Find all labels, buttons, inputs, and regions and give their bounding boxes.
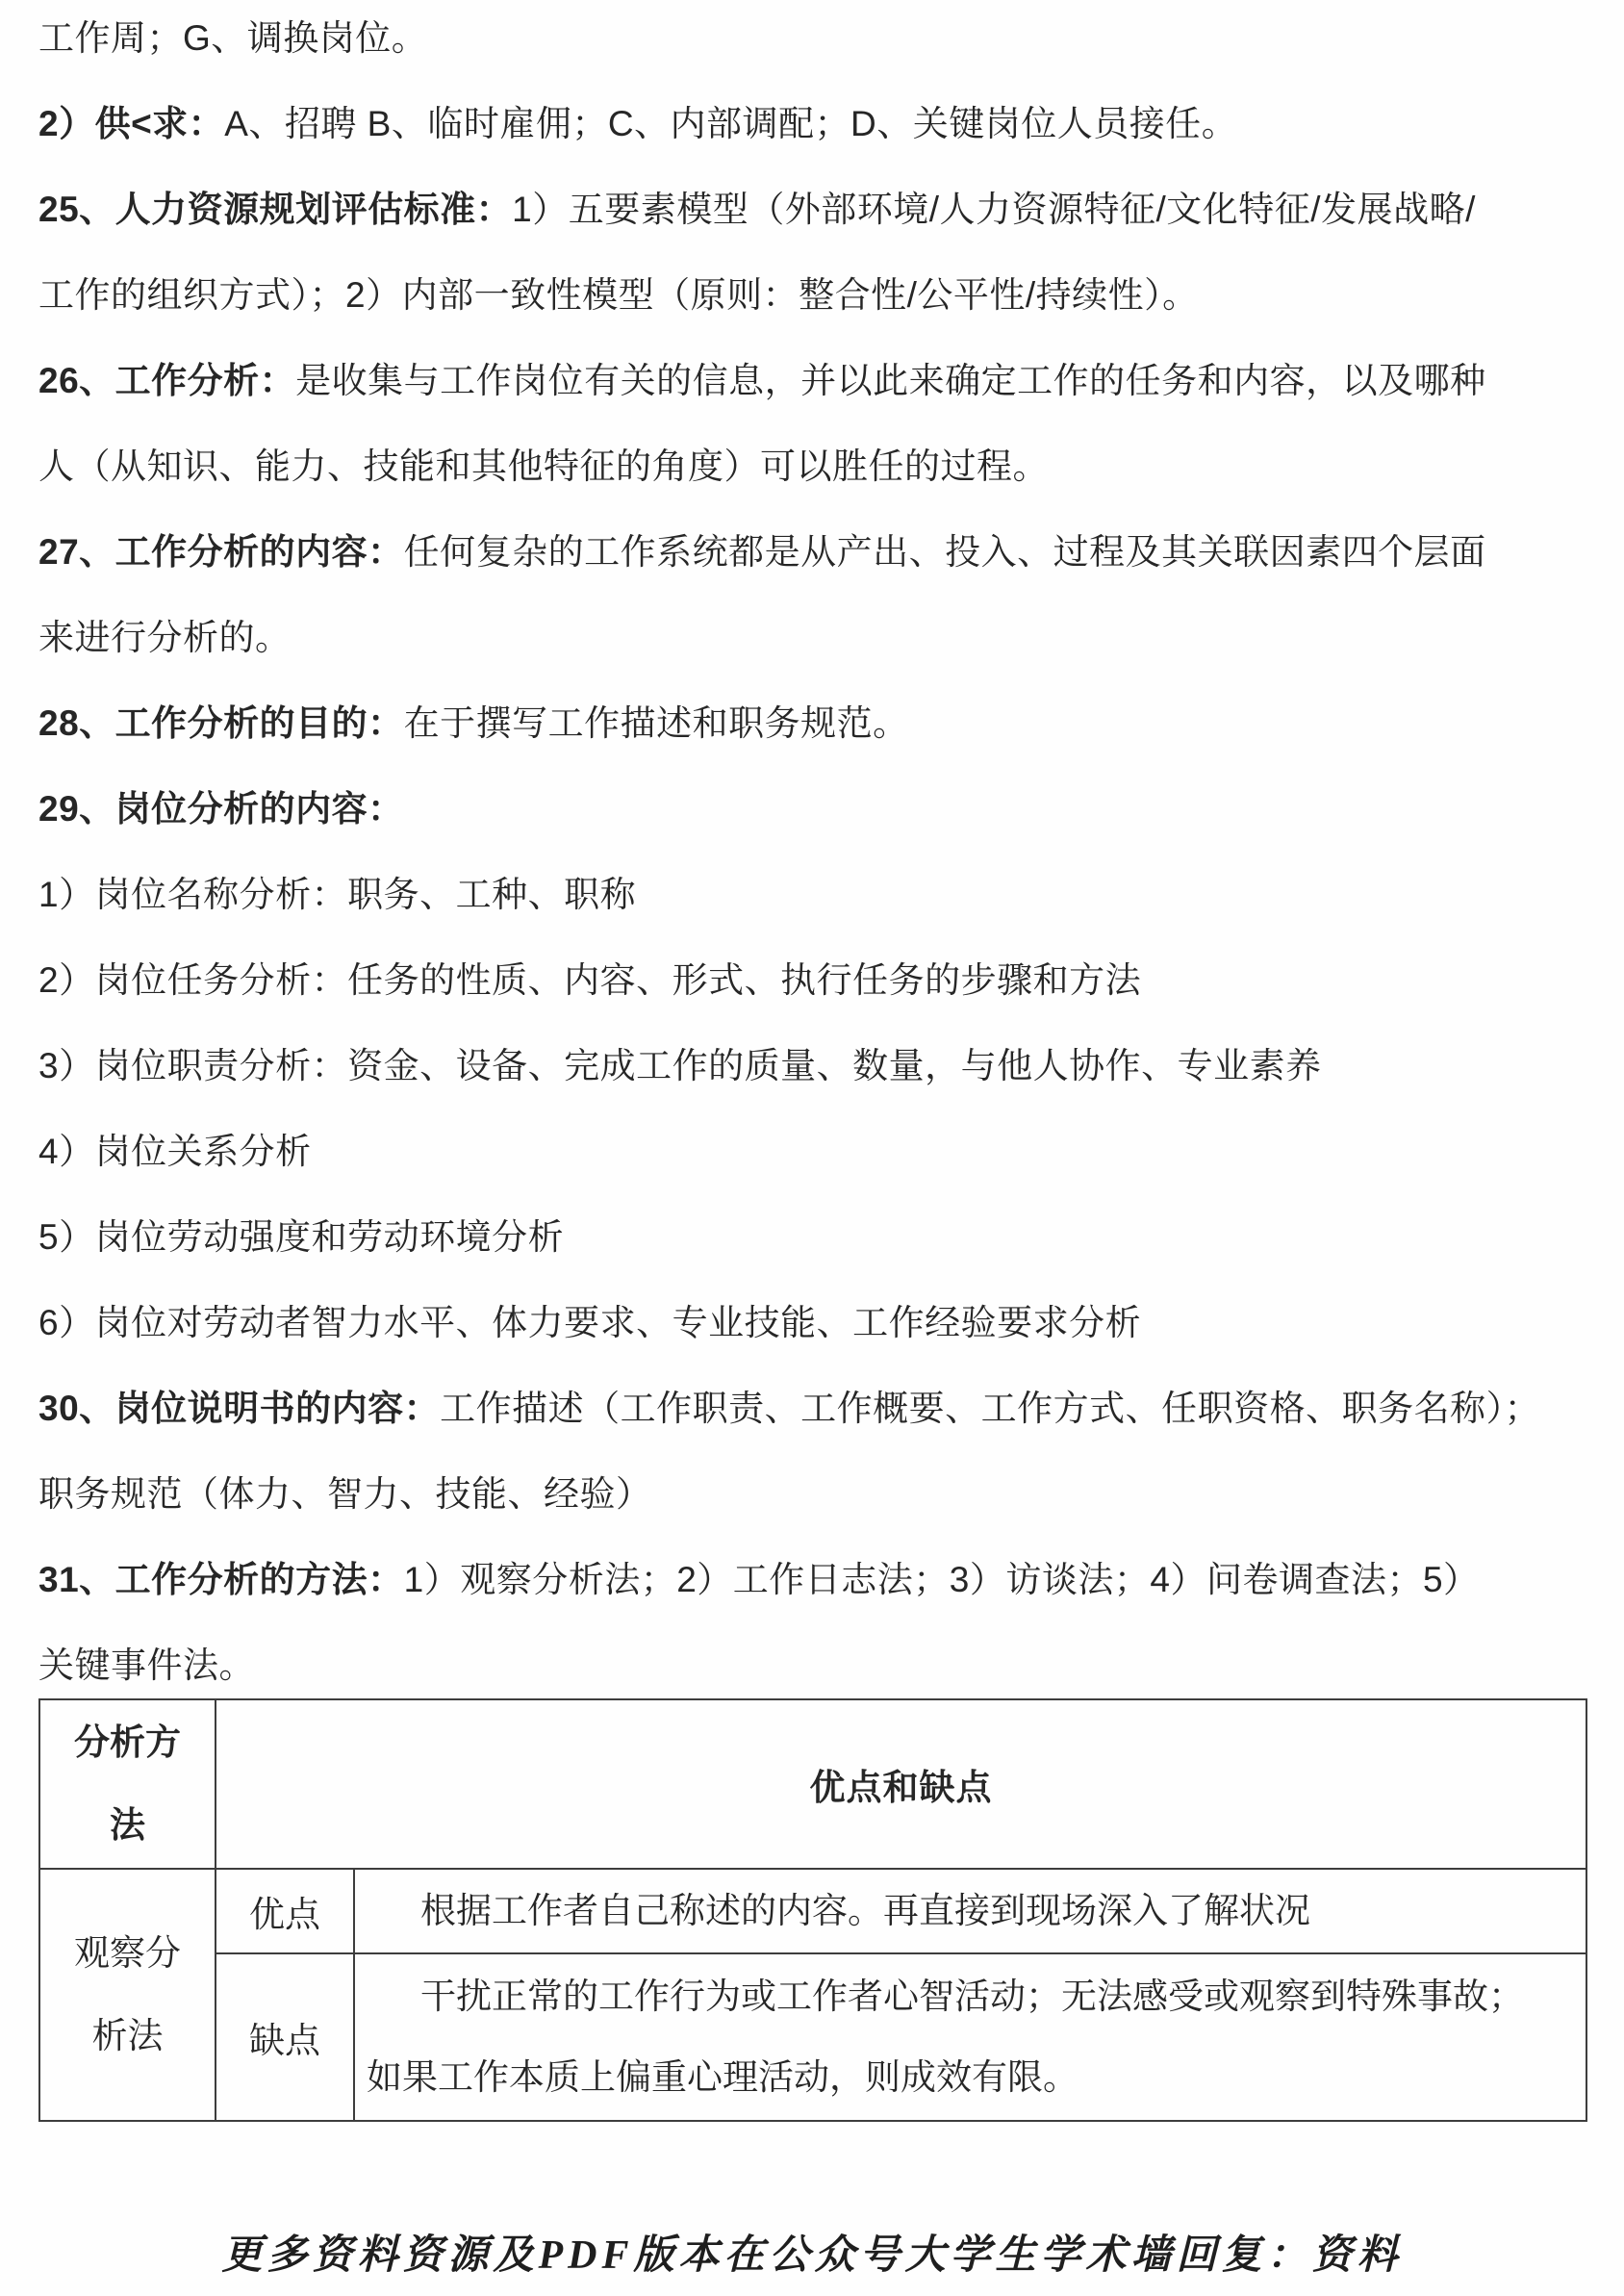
line-bold-prefix: 30、岗位说明书的内容：	[38, 1389, 440, 1428]
text-line: 31、工作分析的方法：1）观察分析法；2）工作日志法；3）访谈法；4）问卷调查法…	[38, 1537, 1605, 1622]
text-line: 26、工作分析：是收集与工作岗位有关的信息，并以此来确定工作的任务和内容，以及哪…	[38, 338, 1605, 423]
text-line: 关键事件法。	[38, 1622, 1605, 1708]
text-line: 2）供<求：A、招聘 B、临时雇佣；C、内部调配；D、关键岗位人员接任。	[38, 81, 1605, 166]
cons-label: 缺点	[249, 2021, 320, 2060]
line-text: 2）岗位任务分析：任务的性质、内容、形式、执行任务的步骤和方法	[38, 960, 1141, 1000]
line-text: 在于撰写工作描述和职务规范。	[404, 703, 909, 743]
line-bold-prefix: 25、人力资源规划评估标准：	[38, 190, 512, 229]
line-bold-prefix: 29、岗位分析的内容：	[38, 789, 404, 829]
text-line: 4）岗位关系分析	[38, 1109, 1605, 1194]
cons-text-line1: 干扰正常的工作行为或工作者心智活动；无法感受或观察到特殊事故；	[367, 1956, 1586, 2037]
text-line: 6）岗位对劳动者智力水平、体力要求、专业技能、工作经验要求分析	[38, 1280, 1605, 1365]
line-text: 3）岗位职责分析：资金、设备、完成工作的质量、数量，与他人协作、专业素养	[38, 1046, 1322, 1085]
table-cell-cons-label: 缺点	[216, 1953, 354, 2121]
footer-note: 更多资料资源及PDF版本在公众号大学生学术墙回复：资料	[0, 2221, 1624, 2290]
table-header-cell-pros-cons: 优点和缺点	[216, 1699, 1586, 1869]
text-line: 1）岗位名称分析：职务、工种、职称	[38, 852, 1605, 937]
line-bold-prefix: 26、工作分析：	[38, 361, 295, 400]
text-line: 5）岗位劳动强度和劳动环境分析	[38, 1194, 1605, 1280]
document-page: 工作周；G、调换岗位。 2）供<求：A、招聘 B、临时雇佣；C、内部调配；D、关…	[0, 0, 1624, 2296]
text-line: 职务规范（体力、智力、技能、经验）	[38, 1451, 1605, 1537]
line-text: 是收集与工作岗位有关的信息，并以此来确定工作的任务和内容，以及哪种	[295, 361, 1486, 400]
line-text: 关键事件法。	[38, 1645, 255, 1685]
text-line: 27、工作分析的内容：任何复杂的工作系统都是从产出、投入、过程及其关联因素四个层…	[38, 509, 1605, 595]
line-text: 职务规范（体力、智力、技能、经验）	[38, 1474, 652, 1514]
line-text: 人（从知识、能力、技能和其他特征的角度）可以胜任的过程。	[38, 446, 1049, 486]
text-line: 3）岗位职责分析：资金、设备、完成工作的质量、数量，与他人协作、专业素养	[38, 1023, 1605, 1109]
text-line: 工作的组织方式）；2）内部一致性模型（原则：整合性/公平性/持续性）。	[38, 252, 1605, 338]
analysis-methods-table: 分析方法 优点和缺点 观察分析法 优点 根据工作者自己称述的内容。再直接到现场深…	[38, 1698, 1587, 2122]
line-bold-prefix: 27、工作分析的内容：	[38, 532, 404, 572]
line-text: A、招聘 B、临时雇佣；C、内部调配；D、关键岗位人员接任。	[224, 104, 1237, 143]
line-text: 5）岗位劳动强度和劳动环境分析	[38, 1217, 564, 1257]
cons-text-line2: 如果工作本质上偏重心理活动，则成效有限。	[367, 2037, 1586, 2118]
pros-label: 优点	[249, 1895, 320, 1934]
table-cell-pros-text: 根据工作者自己称述的内容。再直接到现场深入了解状况	[354, 1869, 1586, 1953]
line-text: 1）岗位名称分析：职务、工种、职称	[38, 875, 636, 914]
method-name-label: 观察分析法	[68, 1912, 188, 2078]
text-line: 人（从知识、能力、技能和其他特征的角度）可以胜任的过程。	[38, 423, 1605, 509]
table-header-cell-method: 分析方法	[39, 1699, 216, 1869]
line-text: 4）岗位关系分析	[38, 1132, 312, 1171]
text-line: 工作周；G、调换岗位。	[38, 0, 1605, 81]
text-line: 29、岗位分析的内容：	[38, 766, 1605, 852]
line-bold-prefix: 28、工作分析的目的：	[38, 703, 404, 743]
text-line: 28、工作分析的目的：在于撰写工作描述和职务规范。	[38, 680, 1605, 766]
line-text: 1）观察分析法；2）工作日志法；3）访谈法；4）问卷调查法；5）	[404, 1560, 1480, 1599]
line-text: 任何复杂的工作系统都是从产出、投入、过程及其关联因素四个层面	[404, 532, 1486, 572]
line-text: 工作的组织方式）；2）内部一致性模型（原则：整合性/公平性/持续性）。	[38, 275, 1199, 315]
line-text: 来进行分析的。	[38, 618, 292, 657]
table-header-row: 分析方法 优点和缺点	[39, 1699, 1586, 1869]
table-header-pros-cons-label: 优点和缺点	[810, 1768, 993, 1807]
cons-text: 干扰正常的工作行为或工作者心智活动；无法感受或观察到特殊事故； 如果工作本质上偏…	[355, 1956, 1586, 2118]
footer-text: 更多资料资源及PDF版本在公众号大学生学术墙回复：资料	[221, 2233, 1402, 2278]
table-cell-method-name: 观察分析法	[39, 1869, 216, 2121]
text-line: 25、人力资源规划评估标准：1）五要素模型（外部环境/人力资源特征/文化特征/发…	[38, 166, 1605, 252]
line-text: 1）五要素模型（外部环境/人力资源特征/文化特征/发展战略/	[512, 190, 1476, 229]
line-text: 工作周；G、调换岗位。	[38, 18, 427, 58]
text-line: 30、岗位说明书的内容：工作描述（工作职责、工作概要、工作方式、任职资格、职务名…	[38, 1365, 1605, 1451]
table-cell-cons-text: 干扰正常的工作行为或工作者心智活动；无法感受或观察到特殊事故； 如果工作本质上偏…	[354, 1953, 1586, 2121]
table-row-pros: 观察分析法 优点 根据工作者自己称述的内容。再直接到现场深入了解状况	[39, 1869, 1586, 1953]
text-line: 2）岗位任务分析：任务的性质、内容、形式、执行任务的步骤和方法	[38, 937, 1605, 1023]
line-bold-prefix: 2）供<求：	[38, 104, 224, 143]
pros-text: 根据工作者自己称述的内容。再直接到现场深入了解状况	[355, 1871, 1586, 1952]
table-header-method-label: 分析方法	[68, 1701, 188, 1867]
text-line: 来进行分析的。	[38, 595, 1605, 680]
table-cell-pros-label: 优点	[216, 1869, 354, 1953]
table-row-cons: 缺点 干扰正常的工作行为或工作者心智活动；无法感受或观察到特殊事故； 如果工作本…	[39, 1953, 1586, 2121]
notes-text-block: 工作周；G、调换岗位。 2）供<求：A、招聘 B、临时雇佣；C、内部调配；D、关…	[38, 0, 1605, 1708]
line-text: 6）岗位对劳动者智力水平、体力要求、专业技能、工作经验要求分析	[38, 1303, 1141, 1342]
line-bold-prefix: 31、工作分析的方法：	[38, 1560, 404, 1599]
line-text: 工作描述（工作职责、工作概要、工作方式、任职资格、职务名称）；	[440, 1389, 1540, 1428]
